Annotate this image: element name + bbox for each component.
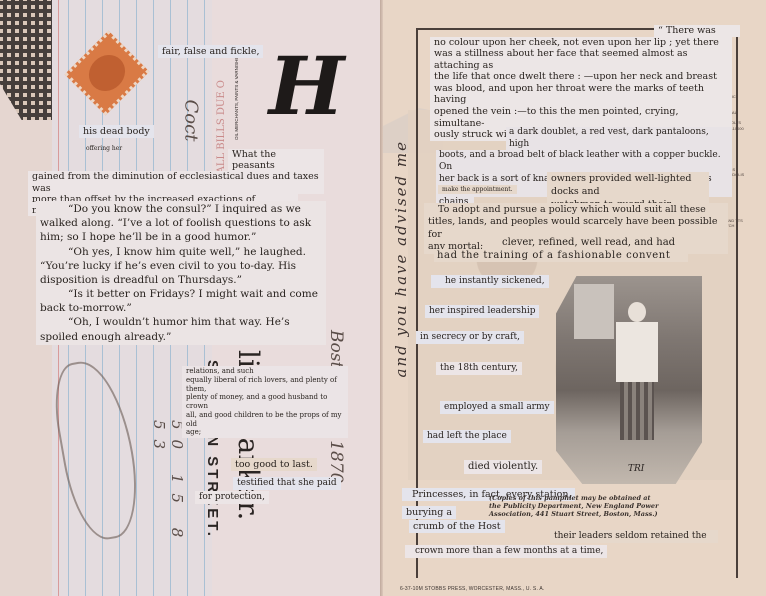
clipping-host: crumb of the Host xyxy=(409,520,505,533)
clipping-relations: relations, and such equally liberal of r… xyxy=(182,366,348,438)
clipping-vampyre: “ There was no colour upon her cheek, no… xyxy=(430,25,740,141)
clipping-appointment: make the appointment. xyxy=(438,185,517,194)
clipping-violently: died violently. xyxy=(464,460,542,474)
monogram-ornament-icon: H xyxy=(252,45,347,127)
handwritten-vertical-script: and you have advised me xyxy=(392,140,410,378)
photo-house xyxy=(574,284,614,339)
clipping-crown: crown more than a few months at a time, xyxy=(405,545,607,558)
clipping-secrecy: in secrecy or by craft, xyxy=(416,331,524,344)
vintage-photo: TRI xyxy=(556,276,702,484)
printer-imprint: 6-37-10M STOBBS PRESS, WORCESTER, MASS.,… xyxy=(400,586,544,592)
pamphlet-note: (Copies of this pamphlet may be obtained… xyxy=(489,494,659,518)
clipping-left-place: had left the place xyxy=(423,430,511,443)
clipping-leaders: their leaders seldom retained the xyxy=(550,530,718,543)
photo-caption: TRI xyxy=(628,464,644,474)
clipping-century: the 18th century, xyxy=(436,362,522,375)
lace-pattern xyxy=(0,0,54,120)
clipping-dead-body: his dead body xyxy=(79,125,154,138)
clipping-sickened: he instantly sickened, xyxy=(431,275,549,288)
clipping-testified: testified that she paid xyxy=(233,477,341,490)
script-coct: Coct xyxy=(180,100,201,142)
invoice-small-vertical-text: OIL MERCHANTS, PAINTS & VARNISHES xyxy=(234,20,239,140)
clipping-consul-dialogue: “Do you know the consul?” I inquired as … xyxy=(36,201,326,345)
left-page: ALL BILLS DUE O OIL MERCHANTS, PAINTS & … xyxy=(0,0,383,596)
clipping-protection: for protection, xyxy=(195,491,269,504)
ledger-numbers: 50 15 8 53 xyxy=(150,420,186,596)
clipping-fair-false: fair, false and fickle, xyxy=(158,45,263,58)
clipping-leadership: her inspired leadership xyxy=(425,305,539,318)
clipping-clever: clever, refined, well read, and had had … xyxy=(430,235,692,263)
photo-woman xyxy=(614,302,660,452)
clipping-army: employed a small army xyxy=(440,401,554,414)
clipping-too-good: too good to last. xyxy=(231,458,317,471)
clipping-burying: burying a xyxy=(402,506,456,519)
